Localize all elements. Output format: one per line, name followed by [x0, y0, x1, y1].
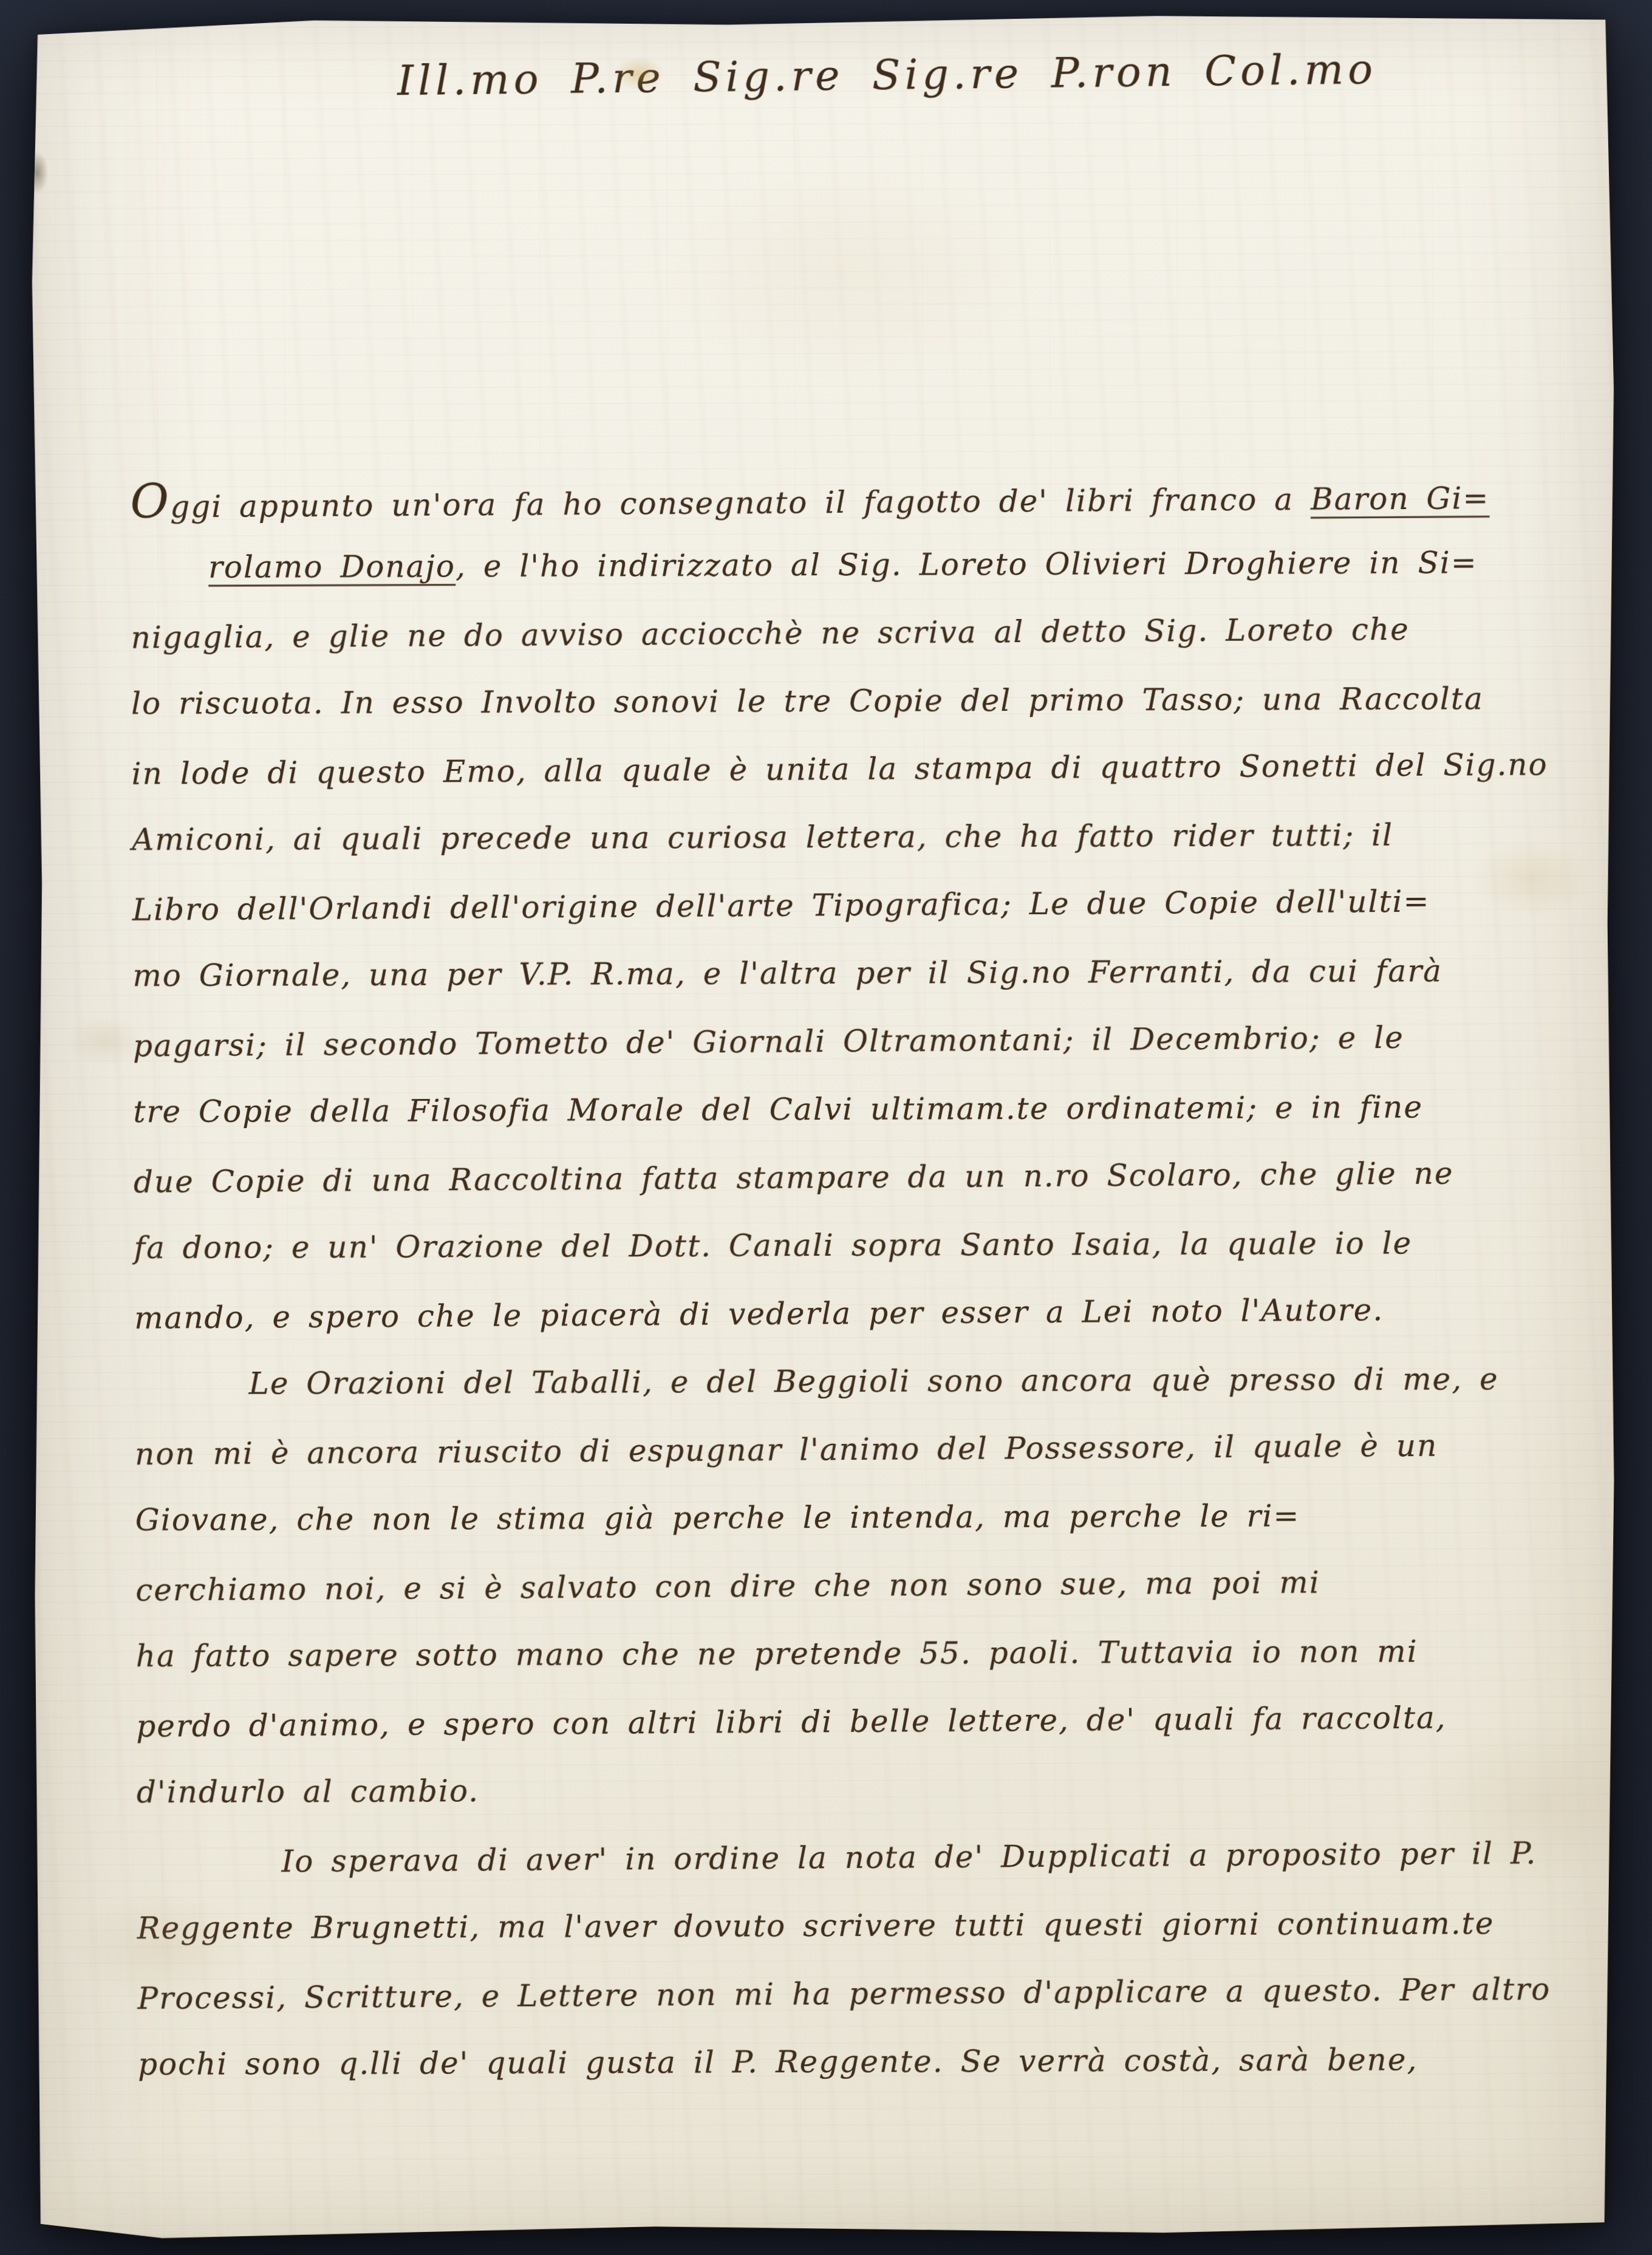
letter-line: tre Copie della Filosofia Morale del Cal…: [133, 1072, 1579, 1146]
letter-text-segment: Amiconi, ai quali precede una curiosa le…: [132, 818, 1393, 858]
letter-line: d'indurlo al cambio.: [137, 1753, 1582, 1826]
letter-line: mando, e spero che le piacerà di vederla…: [134, 1275, 1580, 1352]
letter-line: pagarsi; il secondo Tometto de' Giornali…: [133, 1002, 1579, 1080]
letter-page: Ill.mo P.re Sig.re Sig.re P.ron Col.mo O…: [28, 10, 1625, 2243]
letter-text-segment: perdo d'animo, e spero con altri libri d…: [136, 1700, 1447, 1743]
letter-text-segment: Oggi appunto un'ora fa ho consegnato il …: [130, 482, 1311, 525]
letter-line: cerchiamo noi, e si è salvato con dire c…: [135, 1547, 1582, 1624]
letter-text-segment: in lode di questo Emo, alla quale è unit…: [132, 747, 1548, 791]
letter-text-segment: lo riscuota. In esso Involto sonovi le t…: [131, 681, 1484, 721]
letter-line: Reggente Brugnetti, ma l'aver dovuto scr…: [137, 1889, 1583, 1962]
letter-line: Amiconi, ai quali precede una curiosa le…: [132, 800, 1577, 874]
letter-text-segment: mando, e spero che le piacerà di vederla…: [134, 1292, 1384, 1336]
letter-text-segment: nigaglia, e glie ne do avviso acciocchè …: [131, 612, 1410, 655]
letter-line: mo Giornale, una per V.P. R.ma, e l'altr…: [132, 936, 1578, 1010]
underlined-name: rolamo Donajo: [208, 549, 456, 584]
underlined-name: Baron Gi=: [1311, 481, 1490, 517]
letter-line: rolamo Donajo, e l'ho indirizzato al Sig…: [131, 528, 1576, 601]
letter-text-segment: Le Orazioni del Taballi, e del Beggioli …: [249, 1361, 1499, 1401]
letter-line: Oggi appunto un'ora fa ho consegnato il …: [130, 458, 1576, 536]
letter-text-segment: pagarsi; il secondo Tometto de' Giornali…: [133, 1020, 1404, 1064]
letter-line: Le Orazioni del Taballi, e del Beggioli …: [134, 1344, 1580, 1418]
salutation-line: Ill.mo P.re Sig.re Sig.re P.ron Col.mo: [28, 43, 1619, 109]
handwritten-letter: Ill.mo P.re Sig.re Sig.re P.ron Col.mo O…: [28, 10, 1625, 2243]
letter-text-segment: ha fatto sapere sotto mano che ne preten…: [136, 1634, 1418, 1674]
letter-line: Processi, Scritture, e Lettere non mi ha…: [137, 1955, 1583, 2033]
letter-line: non mi è ancora riuscito di espugnar l'a…: [135, 1411, 1581, 1488]
letter-line: Io sperava di aver' in ordine la nota de…: [137, 1819, 1583, 1897]
letter-text-segment: mo Giornale, una per V.P. R.ma, e l'altr…: [132, 953, 1442, 993]
letter-line: due Copie di una Raccoltina fatta stampa…: [134, 1138, 1580, 1216]
letter-text-segment: cerchiamo noi, e si è salvato con dire c…: [135, 1565, 1320, 1608]
letter-text-segment: tre Copie della Filosofia Morale del Cal…: [133, 1089, 1423, 1129]
letter-text-segment: non mi è ancora riuscito di espugnar l'a…: [135, 1428, 1438, 1472]
letter-line: perdo d'animo, e spero con altri libri d…: [136, 1683, 1582, 1761]
letter-text-segment: Io sperava di aver' in ordine la nota de…: [281, 1835, 1537, 1879]
letter-line: nigaglia, e glie ne do avviso acciocchè …: [131, 594, 1577, 672]
letter-body: Oggi appunto un'ora fa ho consegnato il …: [130, 459, 1583, 2099]
letter-line: ha fatto sapere sotto mano che ne preten…: [136, 1617, 1582, 1690]
letter-page-wrapper: Ill.mo P.re Sig.re Sig.re P.ron Col.mo O…: [28, 10, 1625, 2243]
letter-line: pochi sono q.lli de' quali gusta il P. R…: [138, 2025, 1583, 2098]
letter-text-segment: due Copie di una Raccoltina fatta stampa…: [134, 1155, 1454, 1199]
letter-text-segment: fa dono; e un' Orazione del Dott. Canali…: [134, 1225, 1412, 1265]
letter-line: Giovane, che non le stima già perche le …: [135, 1480, 1581, 1554]
letter-text-segment: Reggente Brugnetti, ma l'aver dovuto scr…: [137, 1906, 1495, 1946]
letter-line: in lode di questo Emo, alla quale è unit…: [131, 730, 1577, 808]
letter-text-segment: , e l'ho indirizzato al Sig. Loreto Oliv…: [456, 545, 1478, 584]
letter-text-segment: Libro dell'Orlandi dell'origine dell'art…: [132, 884, 1430, 928]
letter-line: lo riscuota. In esso Involto sonovi le t…: [131, 664, 1577, 737]
letter-text-segment: d'indurlo al cambio.: [137, 1773, 479, 1810]
photo-of-manuscript-letter: { "colors": { "background": "#232835", "…: [0, 0, 1652, 2255]
letter-text-segment: Processi, Scritture, e Lettere non mi ha…: [137, 1971, 1551, 2016]
letter-line: Libro dell'Orlandi dell'origine dell'art…: [132, 866, 1578, 944]
letter-text-segment: pochi sono q.lli de' quali gusta il P. R…: [138, 2042, 1418, 2082]
letter-text-segment: Giovane, che non le stima già perche le …: [135, 1498, 1300, 1538]
letter-line: fa dono; e un' Orazione del Dott. Canali…: [134, 1208, 1579, 1282]
